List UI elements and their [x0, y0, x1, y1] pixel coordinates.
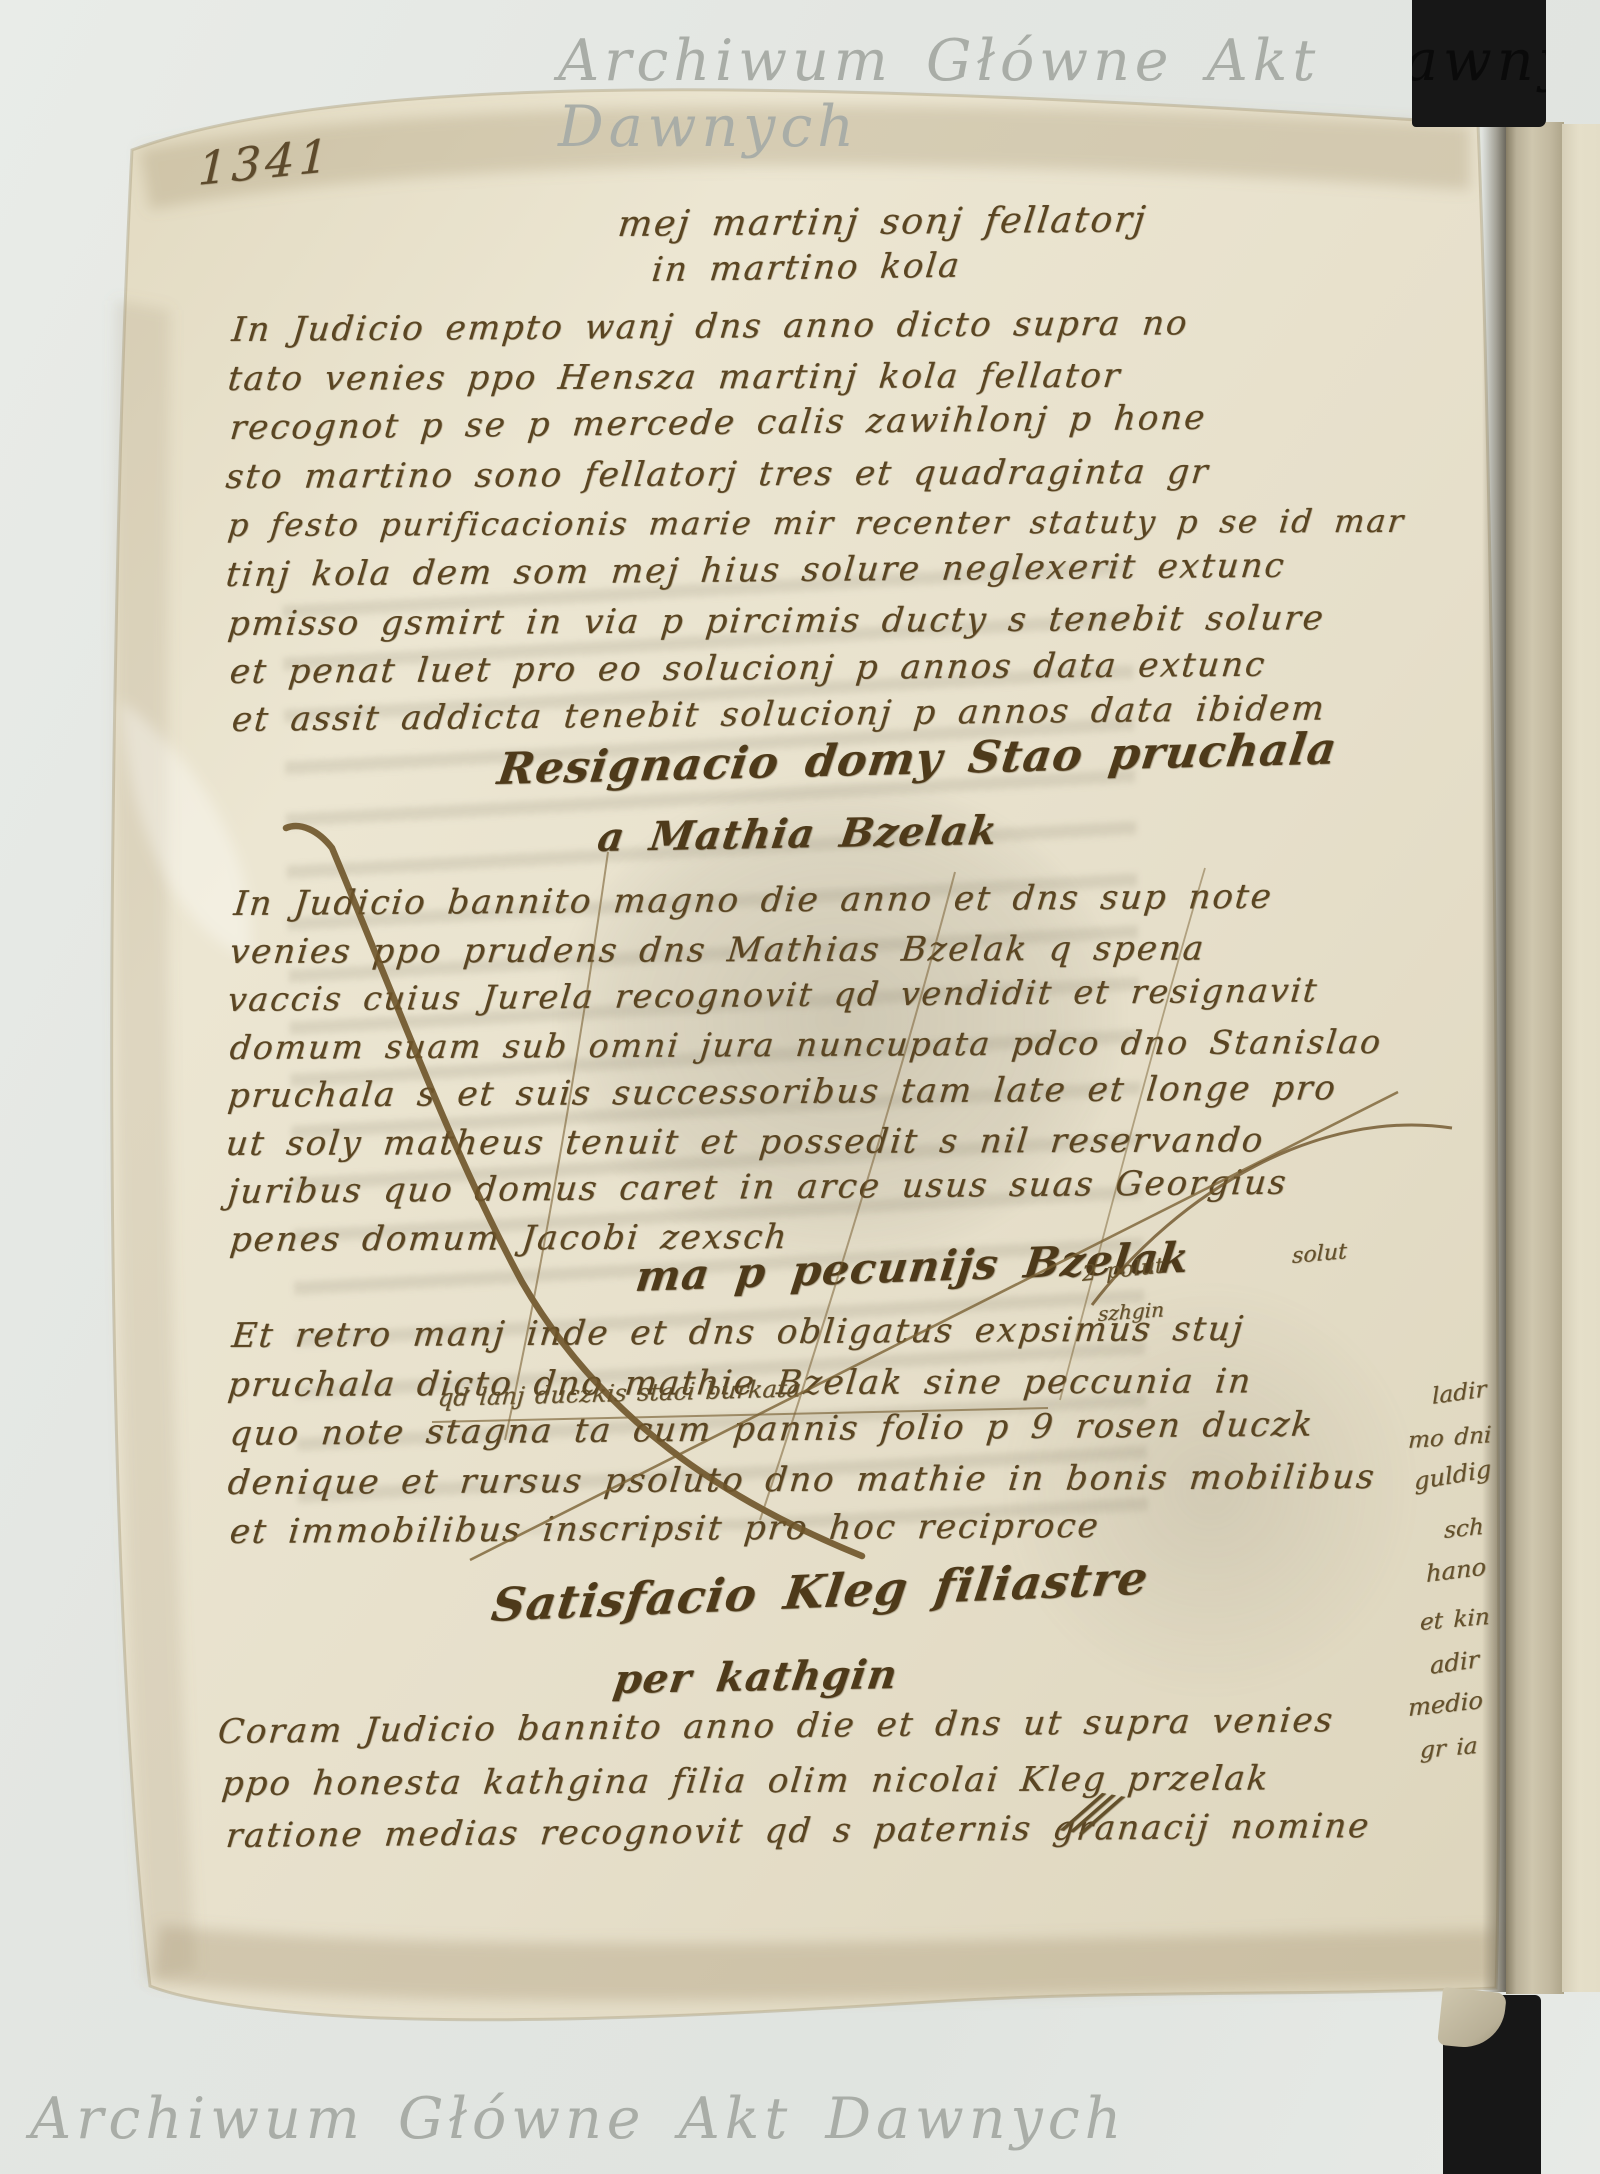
handwriting-layer: 1341 mej martinj sonj fellatorj in marti… [0, 0, 1600, 2174]
entry4-heading-line1: Satisfacio Kleg filiastre [488, 1551, 1151, 1632]
entry4-line: Coram Judicio bannito anno die et dns ut… [216, 1700, 1336, 1752]
entry3-line: Et retro manj inde et dns obligatus exps… [230, 1309, 1246, 1356]
entry1-line: tato venies ppo Hensza martinj kola fell… [226, 356, 1123, 399]
entry1-title-line1: mej martinj sonj fellatorj [616, 199, 1149, 245]
entry1-line: p festo purificacionis marie mir recente… [226, 502, 1407, 544]
entry2-line: pruchala s et suis successoribus tam lat… [226, 1068, 1339, 1116]
entry1-line: tinj kola dem som mej hius solure neglex… [224, 546, 1287, 595]
entry1-line: et penat luet pro eo solucionj p annos d… [228, 645, 1268, 692]
margin-note: guldig [1413, 1455, 1492, 1496]
entry1-title-line2: in martino kola [650, 246, 963, 290]
entry3-line: et immobilibus inscripsit pro hoc recipr… [228, 1506, 1102, 1552]
archive-watermark-top-on-ribbon: Archiwum Główne Akt Dawnych [1412, 0, 1546, 127]
archive-watermark-bottom: Archiwum Główne Akt Dawnych [30, 2086, 1126, 2152]
entry2-line: In Judicio bannito magno die anno et dns… [232, 877, 1275, 924]
entry4-line: ppo honesta kathgina filia olim nicolai … [220, 1759, 1271, 1804]
margin-note: sch [1444, 1514, 1484, 1544]
entry3-line: denique et rursus psoluto dno mathie in … [226, 1457, 1378, 1503]
margin-note: gr ia [1420, 1733, 1478, 1764]
entry2-line: ut soly matheus tenuit et possedit s nil… [224, 1120, 1266, 1164]
archive-watermark-dark-copy: Archiwum Główne Akt Dawnych [1412, 28, 1546, 94]
entry1-line: In Judicio empto wanj dns anno dicto sup… [230, 303, 1190, 350]
margin-note: adir [1430, 1645, 1480, 1680]
margin-note: hano [1426, 1553, 1486, 1588]
entry2-line: vaccis cuius Jurela recognovit qd vendid… [226, 970, 1320, 1019]
margin-note: medio [1408, 1686, 1483, 1722]
margin-note: et kin [1420, 1604, 1490, 1636]
entry2-line: domum suam sub omni jura nuncupata pdco … [228, 1022, 1384, 1067]
margin-note: ladir [1432, 1377, 1487, 1410]
entry4-line: ratione medias recognovit qd s paternis … [224, 1806, 1372, 1856]
manuscript-scan-page: 1341 mej martinj sonj fellatorj in marti… [0, 0, 1600, 2174]
entry1-line: recognot p se p mercede calis zawihlonj … [228, 398, 1208, 448]
margin-note: mo dni [1408, 1422, 1492, 1454]
entry1-line: pmisso gsmirt in via p pircimis ducty s … [226, 598, 1327, 644]
folio-number: 1341 [197, 128, 333, 196]
margin-note: solut [1292, 1239, 1347, 1269]
entry2-line: venies ppo prudens dns Mathias Bzelak q … [228, 929, 1207, 972]
entry1-line: sto martino sono fellatorj tres et quadr… [224, 452, 1211, 497]
entry2-line: juribus quo domus caret in arce usus sua… [226, 1163, 1289, 1212]
entry4-heading-line2: per kathgin [611, 1651, 901, 1703]
entry3-line: quo note stagna ta cum pannis folio p 9 … [228, 1405, 1316, 1454]
entry2-heading-line2: a Mathia Bzelak [595, 807, 1001, 861]
